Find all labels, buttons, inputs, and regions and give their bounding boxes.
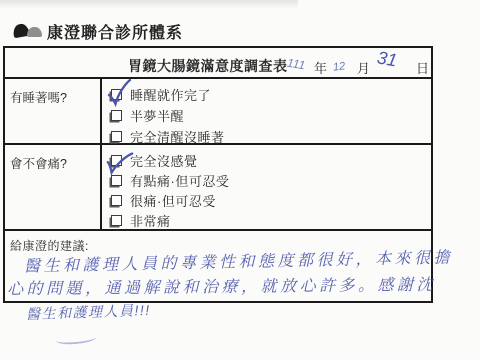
checkbox-half-asleep[interactable]: [111, 110, 122, 121]
title-row: 胃鏡大腸鏡滿意度調查表 111 年 12 月 31 日: [5, 48, 431, 79]
question-row-pain: 會不會痛? 完全沒感覺 有點痛·但可忍受 很痛·但可忍受: [5, 145, 431, 231]
option-row: 完全沒感覺: [111, 150, 431, 170]
option-row: 很痛·但可忍受: [111, 190, 431, 210]
option-label: 完全清醒沒睡著: [130, 127, 225, 146]
clinic-logo-icon: [13, 23, 45, 39]
option-row: 有點痛·但可忍受: [111, 170, 431, 190]
handwritten-day-value: 31: [375, 47, 398, 71]
option-label: 有點痛·但可忍受: [130, 171, 229, 190]
handwritten-month-value: 12: [332, 60, 346, 73]
question-label-sleep: 有睡著嗎?: [5, 79, 102, 143]
option-label: 完全沒感覺: [130, 151, 198, 170]
question-row-sleep: 有睡著嗎? 睡醒就作完了 半夢半醒 完全清醒沒睡著: [5, 79, 431, 145]
year-label: 年: [314, 58, 327, 77]
scanned-survey-form: 康澄聯合診所體系 胃鏡大腸鏡滿意度調查表 111 年 12 月 31 日 有睡著…: [0, 0, 480, 360]
logo-dome-gray: [27, 27, 42, 37]
handwritten-comment-line2: 心的問題，通過解說和治療，就放心許多。感謝沈: [7, 272, 436, 299]
pen-smudge: [56, 332, 97, 345]
day-label: 日: [416, 58, 429, 77]
handwritten-year-value: 111: [286, 56, 306, 73]
option-row: 半夢半醒: [111, 105, 431, 126]
option-row: 睡醒就作完了: [111, 84, 431, 105]
option-row: 完全清醒沒睡著: [111, 126, 431, 147]
checkbox-slight-pain[interactable]: [111, 175, 122, 186]
option-label: 睡醒就作完了: [130, 85, 211, 104]
option-label: 非常痛: [130, 211, 171, 230]
option-label: 很痛·但可忍受: [130, 191, 216, 210]
handwritten-comment-line3: 醫生和護理人員!!!: [26, 300, 151, 324]
month-label: 月: [357, 58, 370, 77]
suggestion-label: 給康澄的建議:: [10, 239, 89, 253]
options-pain: 完全沒感覺 有點痛·但可忍受 很痛·但可忍受 非常痛: [102, 145, 431, 229]
option-label: 半夢半醒: [130, 106, 184, 125]
question-label-pain: 會不會痛?: [5, 145, 102, 229]
checkbox-very-painful-bearable[interactable]: [111, 195, 122, 206]
scan-edge-artifact: [0, 0, 298, 9]
checkbox-sleep-done-right-away[interactable]: [111, 89, 122, 100]
form-title: 胃鏡大腸鏡滿意度調查表: [128, 56, 288, 76]
checkbox-fully-awake[interactable]: [111, 131, 122, 142]
option-row: 非常痛: [111, 210, 431, 230]
clinic-name: 康澄聯合診所體系: [47, 20, 183, 43]
options-sleep: 睡醒就作完了 半夢半醒 完全清醒沒睡著: [102, 79, 431, 143]
checkbox-extremely-painful[interactable]: [111, 215, 122, 226]
checkbox-no-feeling[interactable]: [111, 155, 122, 166]
check-mark-icon: [106, 78, 132, 108]
